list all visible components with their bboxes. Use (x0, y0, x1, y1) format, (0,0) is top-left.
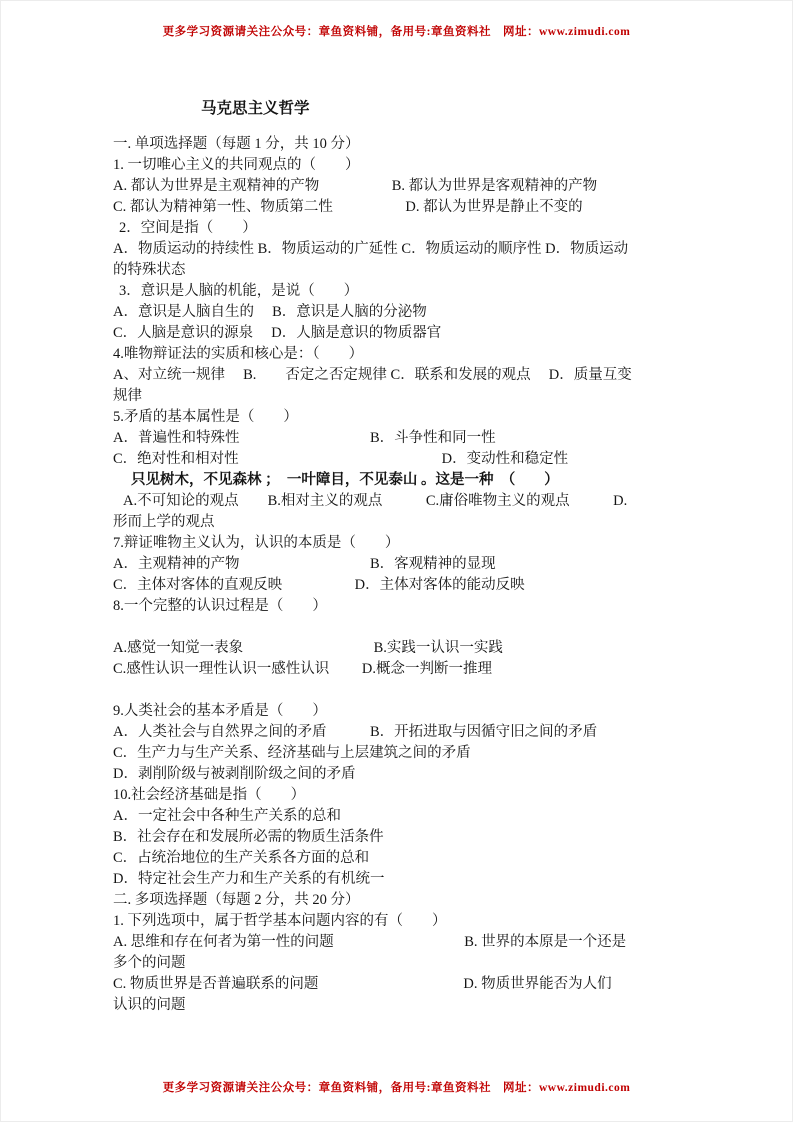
text-line: 2．空间是指（ ） (113, 218, 713, 239)
text-line: 只见树木，不见森林 ； 一叶障目，不见泰山 。这是一种 （ ） (113, 470, 713, 491)
text-line: A.不可知论的观点 B.相对主义的观点 C.庸俗唯物主义的观点 D. (113, 491, 713, 512)
text-line: C．绝对性和相对性 D．变动性和稳定性 (113, 449, 713, 470)
top-banner: 更多学习资源请关注公众号：章鱼资料铺，备用号:章鱼资料社 网址：www.zimu… (1, 23, 792, 39)
bottom-banner: 更多学习资源请关注公众号：章鱼资料铺，备用号:章鱼资料社 网址：www.zimu… (1, 1079, 792, 1095)
text-line: 1. 下列选项中，属于哲学基本问题内容的有（ ） (113, 911, 713, 932)
text-line: 10.社会经济基础是指（ ） (113, 785, 713, 806)
text-line: D．剥削阶级与被剥削阶级之间的矛盾 (113, 764, 713, 785)
text-line: A. 都认为世界是主观精神的产物 B. 都认为世界是客观精神的产物 (113, 176, 713, 197)
text-line: 9.人类社会的基本矛盾是（ ） (113, 701, 713, 722)
text-line: C. 都认为精神第一性、物质第二性 D. 都认为世界是静止不变的 (113, 197, 713, 218)
text-line: B．社会存在和发展所必需的物质生活条件 (113, 827, 713, 848)
text-line: 形而上学的观点 (113, 512, 713, 533)
document-body: 马克思主义哲学 一. 单项选择题（每题 1 分，共 10 分）1. 一切唯心主义… (113, 98, 713, 1016)
text-line: 4.唯物辩证法的实质和核心是：（ ） (113, 344, 713, 365)
text-line: A．一定社会中各种生产关系的总和 (113, 806, 713, 827)
question-lines: 一. 单项选择题（每题 1 分，共 10 分）1. 一切唯心主义的共同观点的（ … (113, 134, 713, 1016)
text-line: 二. 多项选择题（每题 2 分，共 20 分） (113, 890, 713, 911)
text-line: C．占统治地位的生产关系各方面的总和 (113, 848, 713, 869)
text-line: 认识的问题 (113, 995, 713, 1016)
text-line: A. 思维和存在何者为第一性的问题 B. 世界的本原是一个还是 (113, 932, 713, 953)
text-line: 的特殊状态 (113, 260, 713, 281)
text-line: C.感性认识一理性认识一感性认识 D.概念一判断一推理 (113, 659, 713, 680)
page-title: 马克思主义哲学 (113, 98, 713, 119)
text-line: A．人类社会与自然界之间的矛盾 B．开拓进取与因循守旧之间的矛盾 (113, 722, 713, 743)
text-line: C. 物质世界是否普遍联系的问题 D. 物质世界能否为人们 (113, 974, 713, 995)
text-line: 3．意识是人脑的机能，是说（ ） (113, 281, 713, 302)
text-line: 7.辩证唯物主义认为，认识的本质是（ ） (113, 533, 713, 554)
document-page: 更多学习资源请关注公众号：章鱼资料铺，备用号:章鱼资料社 网址：www.zimu… (0, 0, 793, 1122)
text-line: C．人脑是意识的源泉 D．人脑是意识的物质器官 (113, 323, 713, 344)
text-line: 多个的问题 (113, 953, 713, 974)
text-line: A、对立统一规律 B. 否定之否定规律 C．联系和发展的观点 D．质量互变 (113, 365, 713, 386)
text-line: 5.矛盾的基本属性是（ ） (113, 407, 713, 428)
text-line: C．主体对客体的直观反映 D．主体对客体的能动反映 (113, 575, 713, 596)
text-line (113, 680, 713, 701)
text-line: A．物质运动的持续性 B．物质运动的广延性 C．物质运动的顺序性 D．物质运动 (113, 239, 713, 260)
text-line: 一. 单项选择题（每题 1 分，共 10 分） (113, 134, 713, 155)
text-line: A．意识是人脑自生的 B．意识是人脑的分泌物 (113, 302, 713, 323)
text-line: 1. 一切唯心主义的共同观点的（ ） (113, 155, 713, 176)
text-line: 规律 (113, 386, 713, 407)
text-line: A.感觉一知觉一表象 B.实践一认识一实践 (113, 638, 713, 659)
text-line: C．生产力与生产关系、经济基础与上层建筑之间的矛盾 (113, 743, 713, 764)
text-line (113, 617, 713, 638)
text-line: 8.一个完整的认识过程是（ ） (113, 596, 713, 617)
text-line: A．普遍性和特殊性 B．斗争性和同一性 (113, 428, 713, 449)
text-line: D．特定社会生产力和生产关系的有机统一 (113, 869, 713, 890)
text-line: A．主观精神的产物 B．客观精神的显现 (113, 554, 713, 575)
